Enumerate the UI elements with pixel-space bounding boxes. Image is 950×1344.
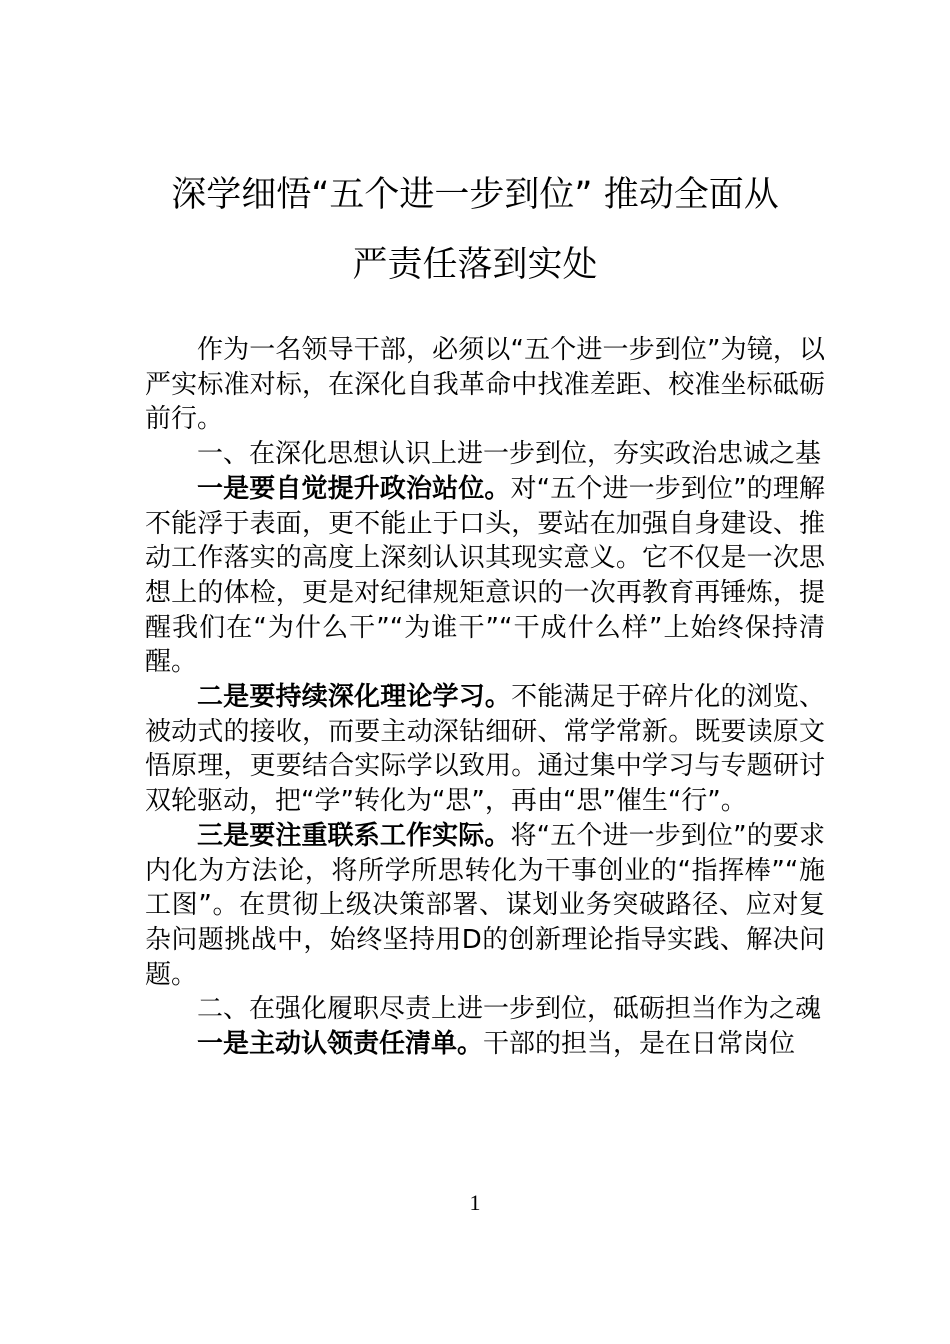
point-paragraph: 二是要持续深化理论学习。不能满足于碎片化的浏览、被动式的接收，而要主动深钻细研、…	[145, 680, 825, 819]
intro-paragraph: 作为一名领导干部，必须以“五个进一步到位”为镜，以严实标准对标，在深化自我革命中…	[145, 333, 825, 437]
section-heading-1: 一、在深化思想认识上进一步到位，夯实政治忠诚之基	[145, 437, 825, 472]
paragraph-text: 对“五个进一步到位”的理解不能浮于表面，更不能止于口头，要站在加强自身建设、推动…	[145, 474, 825, 678]
point-lead: 二是要持续深化理论学习。	[197, 682, 511, 712]
point-lead: 一是要自觉提升政治站位。	[197, 474, 511, 504]
point-lead: 三是要注重联系工作实际。	[197, 821, 511, 851]
section-heading-text: 二、在强化履职尽责上进一步到位，砥砺担当作为之魂	[197, 994, 821, 1024]
paragraph-text: 作为一名领导干部，必须以“五个进一步到位”为镜，以严实标准对标，在深化自我革命中…	[145, 335, 825, 434]
point-paragraph: 一是主动认领责任清单。干部的担当，是在日常岗位	[145, 1027, 825, 1062]
title-line-2: 严责任落到实处	[120, 230, 830, 300]
page-number: 1	[0, 1188, 950, 1218]
title-line-1: 深学细悟“五个进一步到位” 推动全面从	[120, 160, 830, 230]
point-paragraph: 三是要注重联系工作实际。将“五个进一步到位”的要求内化为方法论，将所学所思转化为…	[145, 819, 825, 993]
point-paragraph: 一是要自觉提升政治站位。对“五个进一步到位”的理解不能浮于表面，更不能止于口头，…	[145, 472, 825, 680]
document-page: 深学细悟“五个进一步到位” 推动全面从 严责任落到实处 作为一名领导干部，必须以…	[0, 0, 950, 1344]
document-body: 作为一名领导干部，必须以“五个进一步到位”为镜，以严实标准对标，在深化自我革命中…	[145, 333, 825, 1062]
document-title: 深学细悟“五个进一步到位” 推动全面从 严责任落到实处	[120, 160, 830, 300]
paragraph-text: 干部的担当，是在日常岗位	[483, 1029, 795, 1059]
section-heading-2: 二、在强化履职尽责上进一步到位，砥砺担当作为之魂	[145, 992, 825, 1027]
section-heading-text: 一、在深化思想认识上进一步到位，夯实政治忠诚之基	[197, 439, 821, 469]
point-lead: 一是主动认领责任清单。	[197, 1029, 483, 1059]
